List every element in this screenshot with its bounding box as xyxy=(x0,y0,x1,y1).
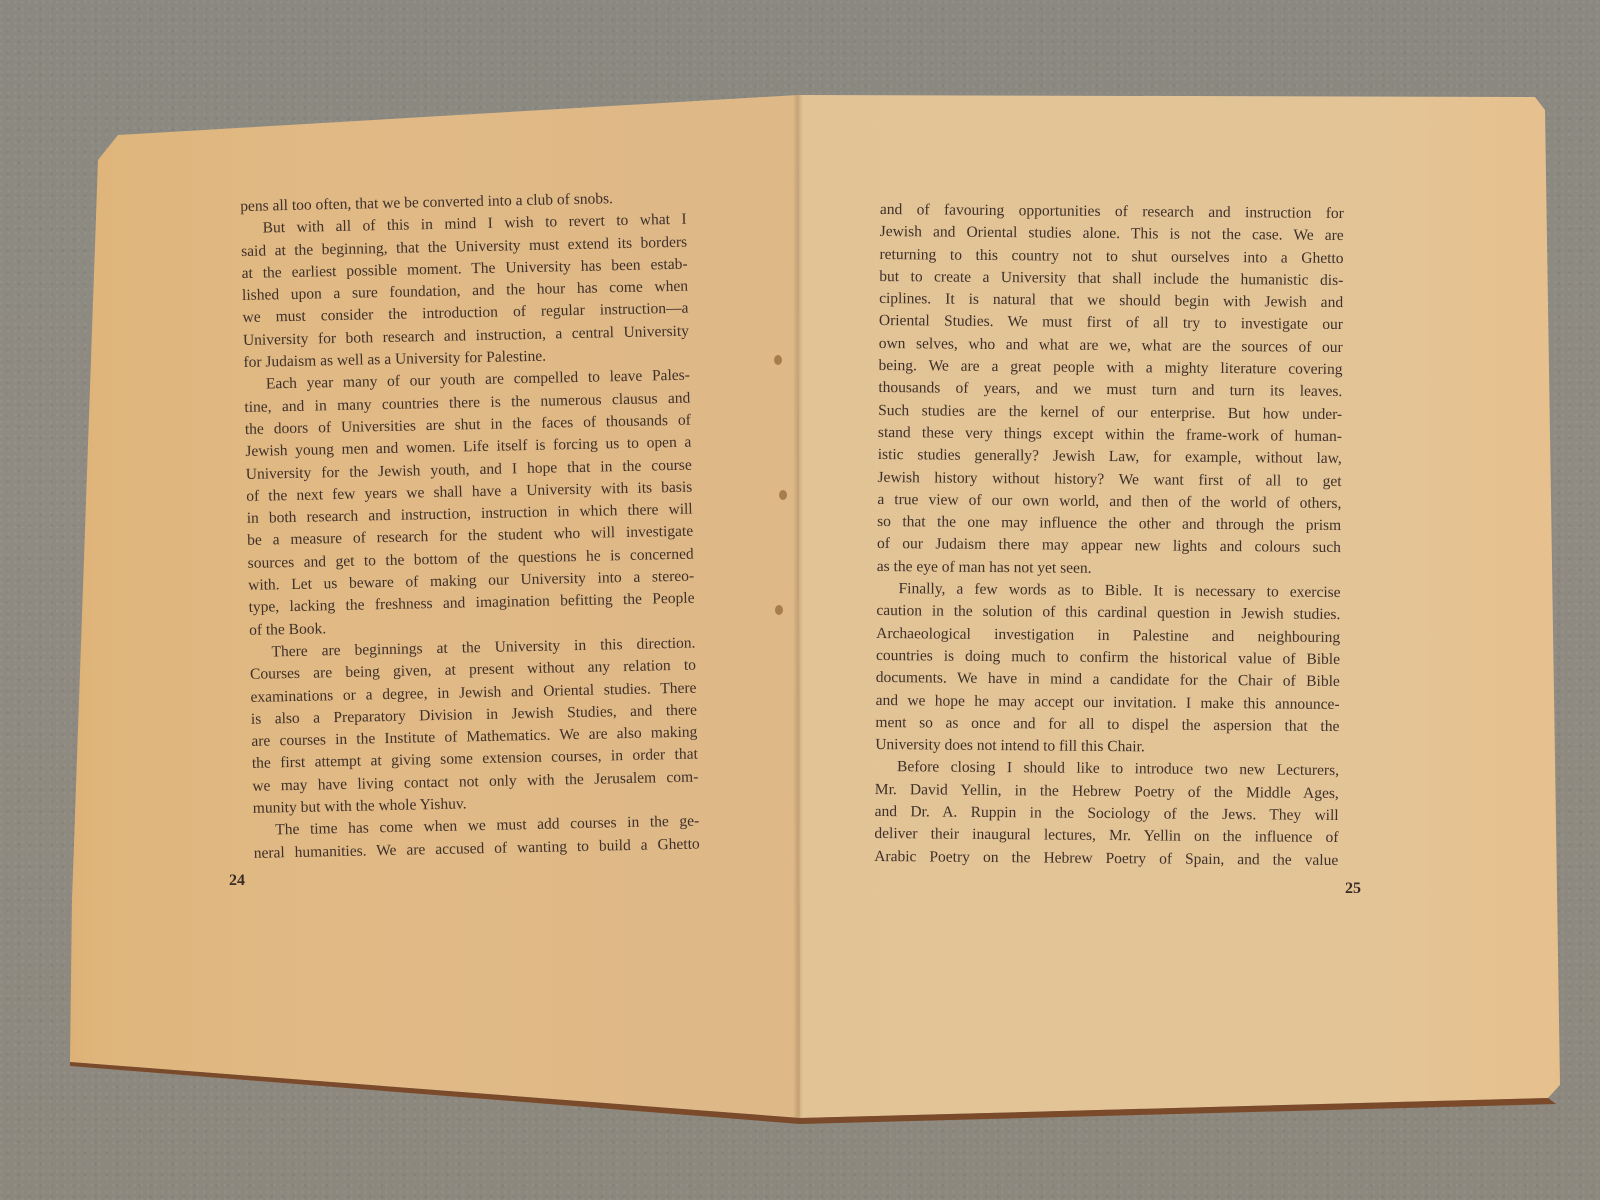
page-number-right: 25 xyxy=(1345,880,1361,898)
book-gutter xyxy=(793,95,803,1118)
text-line: Arabic Poetry on the Hebrew Poetry of Sp… xyxy=(874,846,1338,872)
stitch-mark-icon xyxy=(779,490,787,500)
stitch-mark-icon xyxy=(775,605,783,615)
page-number-left: 24 xyxy=(229,872,245,890)
right-page-text: and of favouring opportunities of resear… xyxy=(874,199,1344,872)
left-page-text: pens all too often, that we be converted… xyxy=(240,187,700,865)
stitch-mark-icon xyxy=(774,355,782,365)
open-book: pens all too often, that we be converted… xyxy=(0,0,1600,1200)
